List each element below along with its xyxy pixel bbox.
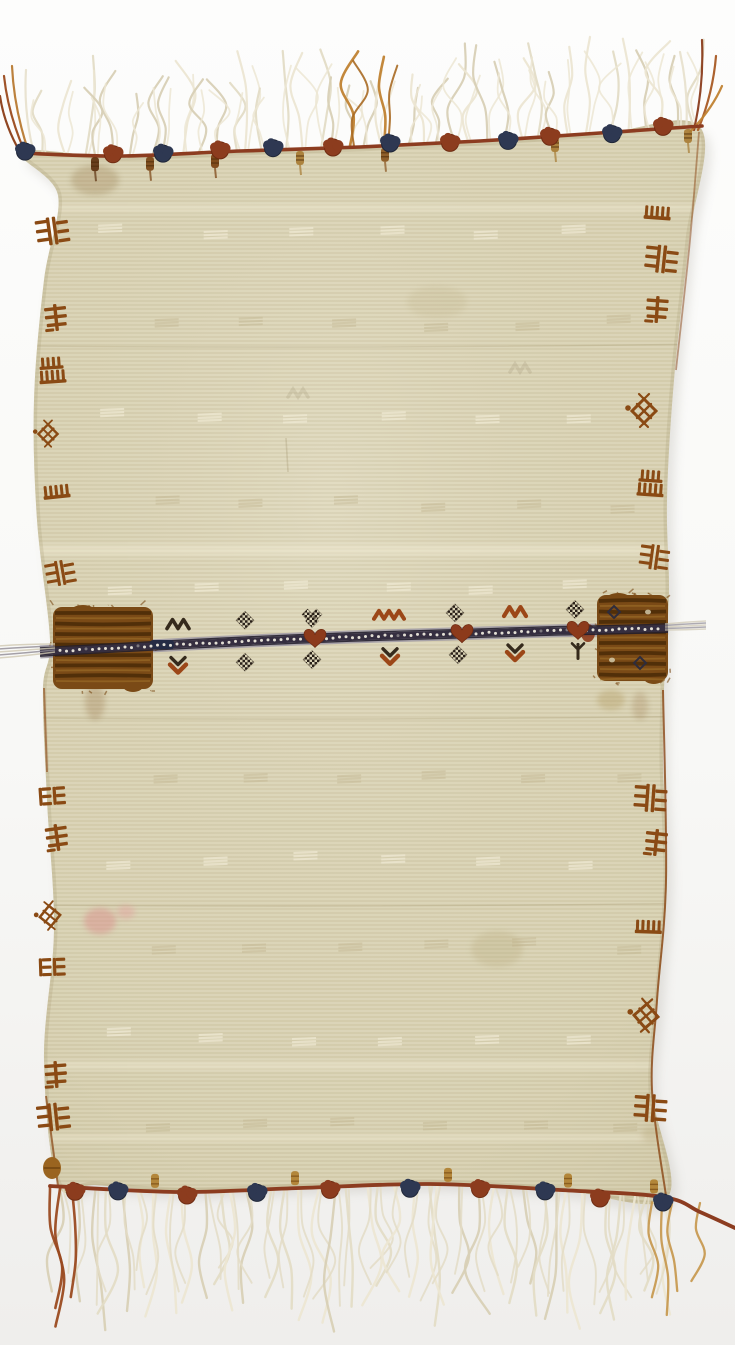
- band-end-block: [593, 589, 670, 685]
- textile-kilim-svg: [0, 0, 735, 1345]
- border-motif-crown: [635, 920, 662, 935]
- textile-photo: [0, 0, 735, 1345]
- border-motif-crown: [644, 205, 672, 220]
